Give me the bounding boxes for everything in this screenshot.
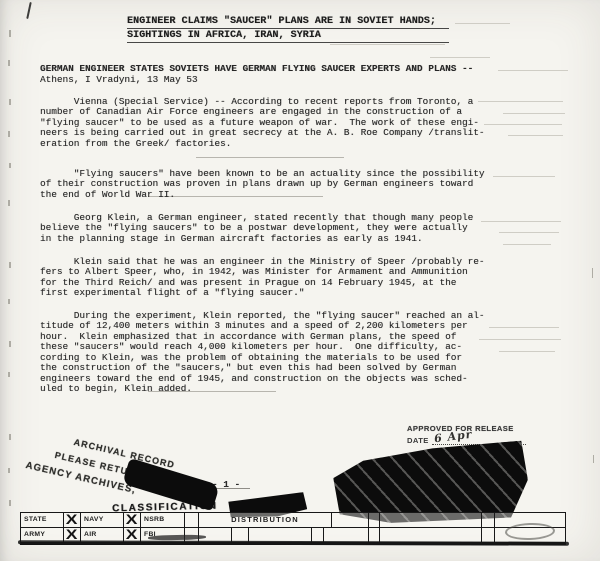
agency-state-label: STATE <box>21 513 64 527</box>
empty-cell <box>332 513 369 527</box>
margin-tick <box>8 468 10 473</box>
agency-navy-label: NAVY <box>81 513 124 527</box>
empty-cell <box>369 513 380 527</box>
margin-tick <box>9 341 11 347</box>
empty-cell <box>380 528 482 542</box>
scan-artifact <box>503 113 565 114</box>
checkbox-state: X <box>64 513 81 527</box>
pen-stroke-mark <box>26 2 31 19</box>
title-line-1: ENGINEER CLAIMS "SAUCER" PLANS ARE IN SO… <box>127 16 449 29</box>
checkbox-navy: X <box>124 513 141 527</box>
margin-tick <box>9 434 11 440</box>
scan-artifact <box>196 157 344 158</box>
paragraph-1: Vienna (Special Service) -- According to… <box>40 97 484 149</box>
scan-artifact <box>499 351 555 352</box>
scan-artifact <box>479 339 561 340</box>
empty-cell <box>185 513 199 527</box>
scan-artifact <box>455 23 510 24</box>
margin-tick <box>8 131 10 137</box>
paragraph-4: Klein said that he was an engineer in th… <box>40 257 484 299</box>
margin-tick <box>592 268 593 278</box>
scan-artifact <box>498 70 568 71</box>
check-x-mark: X <box>126 528 138 541</box>
scan-artifact <box>499 232 559 233</box>
empty-cell <box>369 528 380 542</box>
date-label: DATE <box>407 436 429 445</box>
margin-tick <box>593 455 594 463</box>
scan-artifact <box>430 57 490 58</box>
margin-tick <box>9 262 11 268</box>
check-x-mark: X <box>126 513 138 526</box>
scan-artifact <box>330 44 445 45</box>
title-line-2: SIGHTINGS IN AFRICA, IRAN, SYRIA <box>127 30 449 43</box>
margin-tick <box>9 99 11 105</box>
report-dateline: Athens, I Vradyni, 13 May 53 <box>40 75 198 85</box>
margin-tick <box>8 299 10 304</box>
check-x-mark: X <box>66 528 78 541</box>
scan-artifact <box>478 101 563 102</box>
paragraph-5: During the experiment, Klein reported, t… <box>40 311 484 395</box>
empty-cell <box>249 528 312 542</box>
empty-cell <box>482 528 495 542</box>
scan-artifact <box>489 327 559 328</box>
agency-nsrb-label: NSRB <box>141 513 185 527</box>
empty-cell <box>482 513 495 527</box>
paragraph-2: "Flying saucers" have been known to be a… <box>40 169 484 200</box>
scan-artifact <box>508 135 563 136</box>
distribution-label: DISTRIBUTION <box>199 513 332 527</box>
check-x-mark: X <box>66 513 78 526</box>
empty-cell <box>380 513 482 527</box>
scan-artifact <box>481 221 561 222</box>
table-row: STATE X NAVY X NSRB DISTRIBUTION <box>21 513 565 528</box>
scan-artifact <box>503 244 551 245</box>
scan-artifact <box>484 124 562 125</box>
margin-tick <box>8 200 10 206</box>
empty-cell <box>324 528 369 542</box>
document-title: ENGINEER CLAIMS "SAUCER" PLANS ARE IN SO… <box>127 16 449 44</box>
paragraph-3: Georg Klein, a German engineer, stated r… <box>40 213 473 244</box>
margin-tick <box>8 372 10 377</box>
margin-tick <box>9 30 11 37</box>
scan-artifact <box>493 176 555 177</box>
scanned-document-page: ENGINEER CLAIMS "SAUCER" PLANS ARE IN SO… <box>0 0 600 561</box>
margin-tick <box>8 60 10 66</box>
margin-tick <box>9 163 11 168</box>
empty-cell <box>312 528 324 542</box>
report-headline: GERMAN ENGINEER STATES SOVIETS HAVE GERM… <box>40 64 473 74</box>
margin-tick <box>9 500 11 506</box>
